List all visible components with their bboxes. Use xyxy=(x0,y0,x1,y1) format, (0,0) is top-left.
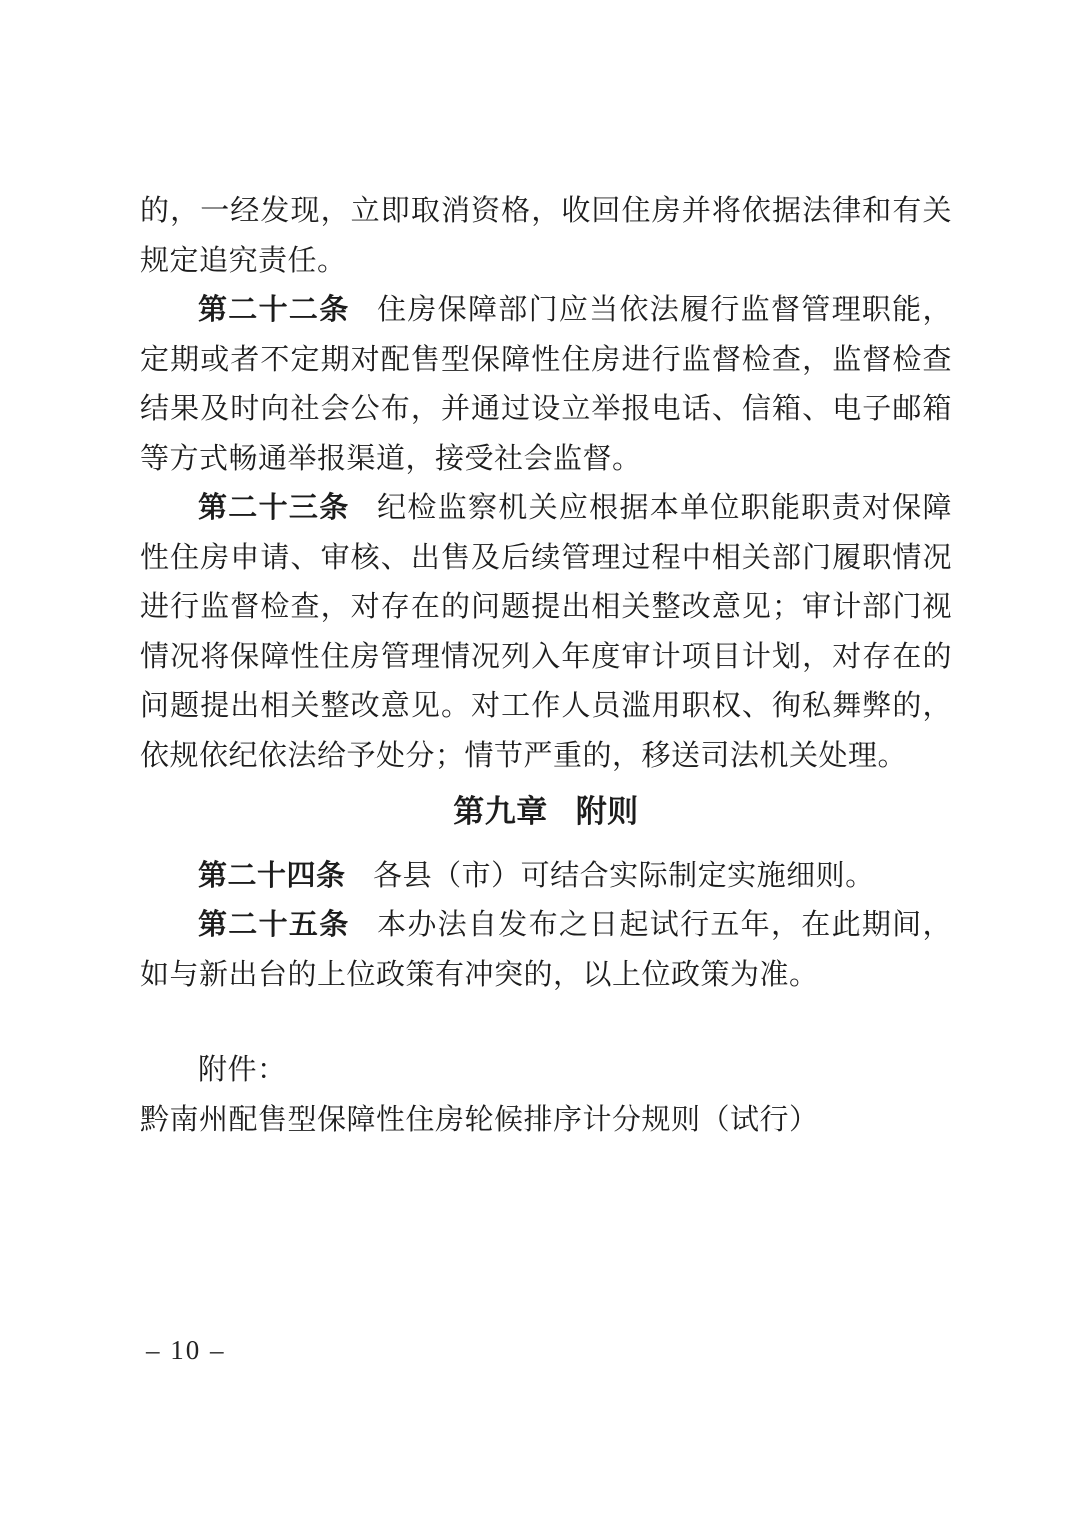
document-page: 的，一经发现，立即取消资格，收回住房并将依据法律和有关规定追究责任。 第二十二条… xyxy=(0,0,1074,1520)
article-24-term: 第二十四条 xyxy=(198,860,346,892)
article-25-term: 第二十五条 xyxy=(198,909,350,941)
chapter-heading: 第九章附则 xyxy=(140,787,952,837)
article-24-body: 各县（市）可结合实际制定实施细则。 xyxy=(373,860,875,892)
paragraph-continuation-text: 的，一经发现，立即取消资格，收回住房并将依据法律和有关规定追究责任。 xyxy=(140,195,952,277)
document-body: 的，一经发现，立即取消资格，收回住房并将依据法律和有关规定追究责任。 第二十二条… xyxy=(140,187,952,1145)
paragraph-continuation: 的，一经发现，立即取消资格，收回住房并将依据法律和有关规定追究责任。 xyxy=(140,187,952,286)
article-25-paragraph: 第二十五条本办法自发布之日起试行五年，在此期间，如与新出台的上位政策有冲突的，以… xyxy=(140,901,952,1000)
article-22-paragraph: 第二十二条住房保障部门应当依法履行监督管理职能，定期或者不定期对配售型保障性住房… xyxy=(140,286,952,484)
attachment-label: 附件： xyxy=(198,1054,287,1086)
article-23-term: 第二十三条 xyxy=(198,492,350,524)
chapter-title: 附则 xyxy=(576,794,639,829)
attachment-title: 黔南州配售型保障性住房轮候排序计分规则（试行） xyxy=(140,1104,819,1136)
chapter-number: 第九章 xyxy=(453,794,548,829)
article-22-term: 第二十二条 xyxy=(198,294,350,326)
article-24-paragraph: 第二十四条各县（市）可结合实际制定实施细则。 xyxy=(140,852,952,902)
page-number: – 10 – xyxy=(146,1330,246,1370)
attachment-line: 附件：黔南州配售型保障性住房轮候排序计分规则（试行） xyxy=(140,1046,952,1145)
article-23-body: 纪检监察机关应根据本单位职能职责对保障性住房申请、审核、出售及后续管理过程中相关… xyxy=(140,492,952,772)
article-23-paragraph: 第二十三条纪检监察机关应根据本单位职能职责对保障性住房申请、审核、出售及后续管理… xyxy=(140,484,952,781)
